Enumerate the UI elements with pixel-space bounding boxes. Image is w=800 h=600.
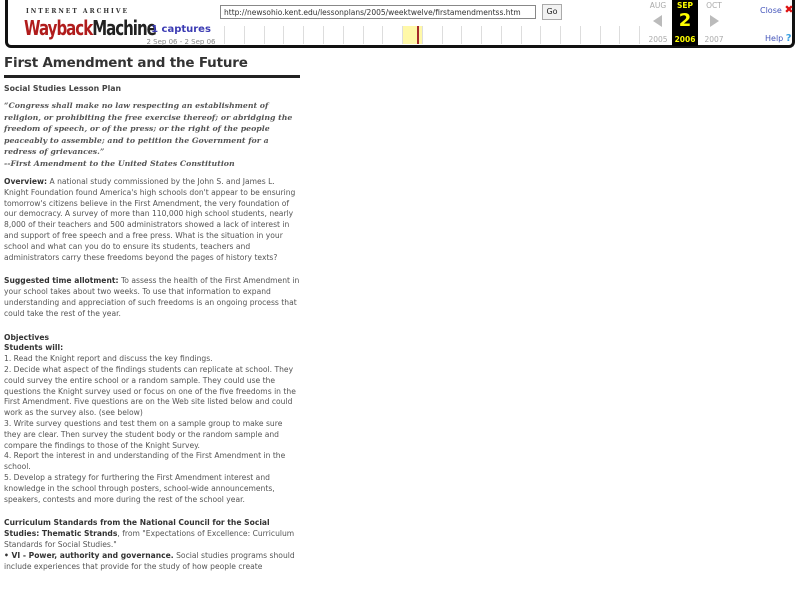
timeline-tick [382,26,383,44]
next-month-column[interactable]: OCT 2007 [700,0,728,10]
timeline-tick [343,26,344,44]
capture-timeline[interactable] [224,24,642,46]
timeline-tick [600,26,601,44]
timeline-tick [224,26,225,44]
timeline-tick [283,26,284,44]
objective-item: 3. Write survey questions and test them … [4,419,300,451]
timeline-tick [540,26,541,44]
page-content: First Amendment and the Future Social St… [4,55,300,572]
next-year-label: 2007 [700,35,728,44]
objective-item: 2. Decide what aspect of the findings st… [4,365,300,419]
help-label: Help [765,34,783,43]
captures-count-link[interactable]: 1 captures [136,24,226,35]
current-month-label: SEP [672,1,698,10]
strand-label: VI - Power, authority and governance. [9,551,174,560]
timeline-tick [521,26,522,44]
objectives-heading: Objectives [4,333,49,342]
time-allotment-paragraph: Suggested time allotment: To assess the … [4,276,300,319]
first-amendment-quote: “Congress shall make no law respecting a… [4,100,300,169]
prev-arrow-icon[interactable] [653,15,662,27]
go-button[interactable]: Go [542,4,562,20]
next-month-label: OCT [700,1,728,10]
close-button[interactable]: Close ✖ [760,3,794,16]
logo-word-wayback: Wayback [24,16,92,40]
current-year-label: 2006 [672,35,698,44]
close-icon: ✖ [784,3,793,16]
timeline-current-highlight [402,26,422,44]
curriculum-section: Curriculum Standards from the National C… [4,518,300,572]
objective-item: 5. Develop a strategy for furthering the… [4,473,300,505]
title-divider [4,75,300,78]
objectives-section: Objectives Students will: 1. Read the Kn… [4,333,300,506]
help-icon: ? [786,33,792,44]
objective-item: 4. Report the interest in and understand… [4,451,300,473]
captures-range: 2 Sep 06 - 2 Sep 06 [136,38,226,46]
next-arrow-icon[interactable] [710,15,719,27]
overview-paragraph: Overview: A national study commissioned … [4,177,300,263]
overview-text: A national study commissioned by the Joh… [4,177,295,262]
overview-label: Overview: [4,177,47,186]
close-label: Close [760,6,782,15]
timeline-tick [323,26,324,44]
timeline-tick [501,26,502,44]
students-will-label: Students will: [4,343,63,352]
timeline-tick [639,26,640,44]
prev-year-label: 2005 [644,35,672,44]
url-input[interactable]: http://newsohio.kent.edu/lessonplans/200… [220,5,536,19]
time-allotment-label: Suggested time allotment: [4,276,119,285]
prev-month-column[interactable]: AUG 2005 [644,0,672,10]
help-button[interactable]: Help ? [765,33,792,44]
timeline-tick [481,26,482,44]
quote-text: “Congress shall make no law respecting a… [4,101,292,156]
timeline-tick [402,26,403,44]
timeline-tick [363,26,364,44]
current-month-column: SEP 2 2006 [672,0,698,46]
timeline-tick [244,26,245,44]
page-subtitle: Social Studies Lesson Plan [4,84,300,93]
captures-info: 1 captures 2 Sep 06 - 2 Sep 06 [136,24,226,46]
wayback-toolbar: INTERNET ARCHIVE WaybackMachine 1 captur… [5,0,795,48]
timeline-tick [461,26,462,44]
timeline-tick [303,26,304,44]
page-title: First Amendment and the Future [4,55,300,71]
prev-month-label: AUG [644,1,672,10]
objective-item: 1. Read the Knight report and discuss th… [4,354,300,365]
logo-internet-archive-text: INTERNET ARCHIVE [26,8,129,15]
current-day-label: 2 [672,11,698,31]
quote-source: --First Amendment to the United States C… [4,159,235,168]
timeline-tick [619,26,620,44]
timeline-capture-marker[interactable] [417,26,419,44]
wayback-logo[interactable]: INTERNET ARCHIVE WaybackMachine [20,4,110,42]
timeline-tick [422,26,423,44]
timeline-tick [442,26,443,44]
timeline-tick [580,26,581,44]
timeline-tick [560,26,561,44]
timeline-tick [264,26,265,44]
